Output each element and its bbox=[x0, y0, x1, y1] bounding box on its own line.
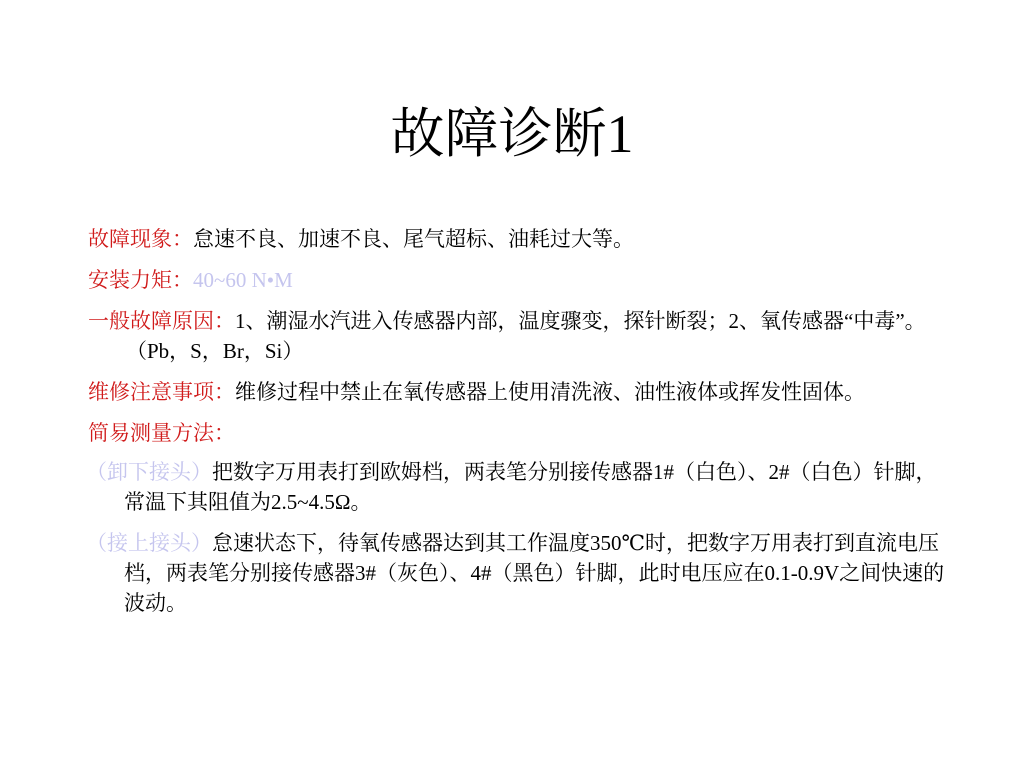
slide-body: 故障现象：怠速不良、加速不良、尾气超标、油耗过大等。 安装力矩：40~60 N•… bbox=[88, 224, 948, 629]
common-causes-text: 1、潮湿水汽进入传感器内部，温度骤变，探针断裂；2、氧传感器“中毒”。（Pb，S… bbox=[126, 309, 926, 363]
install-torque: 安装力矩：40~60 N•M bbox=[88, 265, 948, 295]
fault-symptoms-text: 怠速不良、加速不良、尾气超标、油耗过大等。 bbox=[193, 227, 634, 251]
method-disconnected-tag: （卸下接头） bbox=[86, 460, 212, 484]
fault-symptoms-label: 故障现象： bbox=[88, 227, 193, 251]
fault-symptoms: 故障现象：怠速不良、加速不良、尾气超标、油耗过大等。 bbox=[88, 224, 948, 254]
method-disconnected: （卸下接头）把数字万用表打到欧姆档，两表笔分别接传感器1#（白色）、2#（白色）… bbox=[86, 457, 948, 517]
repair-notes-label: 维修注意事项： bbox=[88, 380, 235, 404]
slide: 故障诊断1 故障现象：怠速不良、加速不良、尾气超标、油耗过大等。 安装力矩：40… bbox=[0, 0, 1024, 768]
method-connected-tag: （接上接头） bbox=[86, 531, 212, 555]
measurement-method: 简易测量方法： bbox=[88, 418, 948, 448]
install-torque-label: 安装力矩： bbox=[88, 268, 193, 292]
common-causes: 一般故障原因：1、潮湿水汽进入传感器内部，温度骤变，探针断裂；2、氧传感器“中毒… bbox=[88, 306, 948, 366]
install-torque-value: 40~60 N•M bbox=[193, 268, 293, 292]
repair-notes-text: 维修过程中禁止在氧传感器上使用清洗液、油性液体或挥发性固体。 bbox=[235, 380, 865, 404]
common-causes-label: 一般故障原因： bbox=[88, 309, 235, 333]
slide-title: 故障诊断1 bbox=[0, 96, 1024, 172]
method-disconnected-text: 把数字万用表打到欧姆档，两表笔分别接传感器1#（白色）、2#（白色）针脚，常温下… bbox=[124, 460, 937, 514]
method-connected-text: 怠速状态下，待氧传感器达到其工作温度350℃时，把数字万用表打到直流电压档，两表… bbox=[124, 531, 944, 615]
repair-notes: 维修注意事项：维修过程中禁止在氧传感器上使用清洗液、油性液体或挥发性固体。 bbox=[88, 377, 948, 407]
measurement-method-label: 简易测量方法： bbox=[88, 421, 235, 445]
method-connected: （接上接头）怠速状态下，待氧传感器达到其工作温度350℃时，把数字万用表打到直流… bbox=[86, 528, 948, 618]
